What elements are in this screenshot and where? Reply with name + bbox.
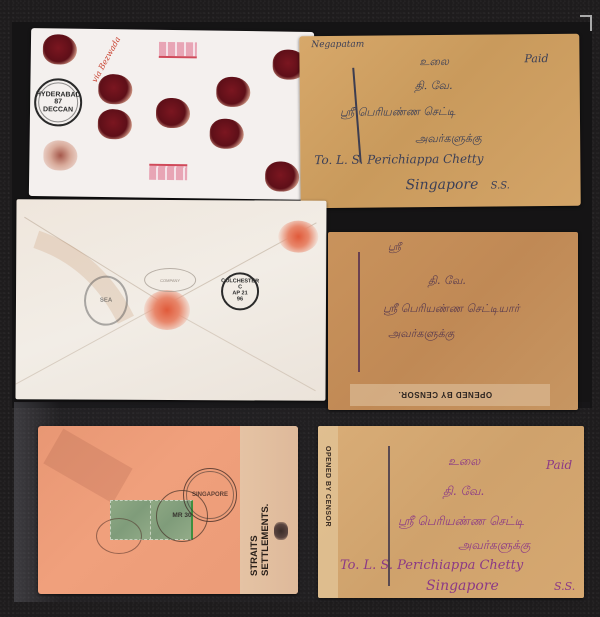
embossed-flap-seal: COMPANY (144, 268, 196, 292)
address-line: ஸ்ரீ (388, 242, 401, 254)
cover-singapore-address-front: OPENED BY CENSOR உலை Paid தி. வே. ஸ்ரீ ப… (318, 426, 584, 598)
cover-negapatam-front: Negapatam Paid உலை தி. வே. ஸ்ரீ பெரியண்ண… (299, 34, 580, 208)
wax-seal (265, 161, 299, 191)
paid-marking: Paid (524, 52, 548, 65)
paid-marking: Paid (546, 458, 572, 472)
address-line: உலை (419, 55, 449, 70)
manuscript-line (358, 252, 360, 372)
page-corner-mount (580, 15, 592, 31)
address-line: Negapatam (311, 40, 364, 50)
wax-seal-faded (43, 140, 77, 170)
wax-seal (43, 34, 77, 64)
cover-singapore-orange-back: MR 30 SINGAPORE STRAITS SETTLEMENTS. (38, 426, 298, 594)
postmark-text: SEA (100, 297, 112, 303)
address-line: அவர்களுக்கு (388, 327, 454, 342)
hyderabad-postmark: HYDERABAD 87 DECCAN (34, 78, 83, 127)
address-city: Singapore (405, 177, 478, 194)
wax-seal-remnant (144, 290, 190, 330)
sea-postmark: SEA (84, 276, 128, 326)
address-line: தி. வே. (415, 79, 453, 94)
address-line: அவர்களுக்கு (415, 132, 482, 148)
wax-seal (156, 98, 190, 128)
stain (43, 429, 132, 504)
wax-seal (98, 109, 132, 139)
address-city: Singapore (426, 578, 499, 594)
address-line: அவர்களுக்கு (458, 538, 531, 554)
address-line: உலை (448, 454, 480, 470)
address-country: S.S. (554, 580, 575, 593)
address-line: தி. வே. (443, 484, 484, 500)
cover-censored-front: ஸ்ரீ தி. வே. ஸ்ரீ பெரியண்ண செட்டியார் அவ… (328, 232, 578, 410)
censor-tape: OPENED BY CENSOR. (350, 384, 550, 406)
wax-seal-remnant (278, 221, 318, 253)
censor-tape: OPENED BY CENSOR (318, 426, 338, 598)
address-line: ஸ்ரீ பெரியண்ண செட்டியார் (383, 302, 519, 317)
crown-icon (274, 522, 288, 540)
postmark-year: 96 (221, 297, 259, 303)
cover-colchester-back: COMPANY COLCHESTER C AP 21 96 SEA (15, 199, 326, 401)
censor-label: STRAITS SETTLEMENTS. (250, 504, 272, 576)
address-line: To. L. S. Perichiappa Chetty (314, 152, 483, 167)
wax-seal (98, 74, 132, 104)
postmark-date: MR 30 (172, 513, 191, 520)
address-line: ஸ்ரீ பெரியண்ண செட்டி (398, 514, 524, 530)
censor-label: OPENED BY CENSOR. (398, 390, 492, 399)
registration-marking (149, 164, 187, 181)
address-country: S.S. (491, 180, 510, 191)
singapore-postmark: SINGAPORE (183, 468, 237, 522)
manuscript-line (388, 446, 390, 586)
address-line: To. L. S. Perichiappa Chetty (340, 558, 523, 573)
registration-marking (159, 42, 197, 59)
stamp-cancel-postmark (96, 518, 142, 554)
wax-seal (210, 119, 244, 149)
wax-seal (216, 77, 250, 107)
cover-hyderabad-registered-back: HYDERABAD 87 DECCAN via Bezwada (29, 28, 314, 200)
censor-label: OPENED BY CENSOR (324, 446, 331, 527)
address-line: தி. வே. (428, 274, 466, 289)
censor-tape-straits: STRAITS SETTLEMENTS. (240, 426, 298, 594)
colchester-postmark: COLCHESTER C AP 21 96 (221, 272, 259, 310)
censor-label-line: SETTLEMENTS. (261, 504, 272, 576)
